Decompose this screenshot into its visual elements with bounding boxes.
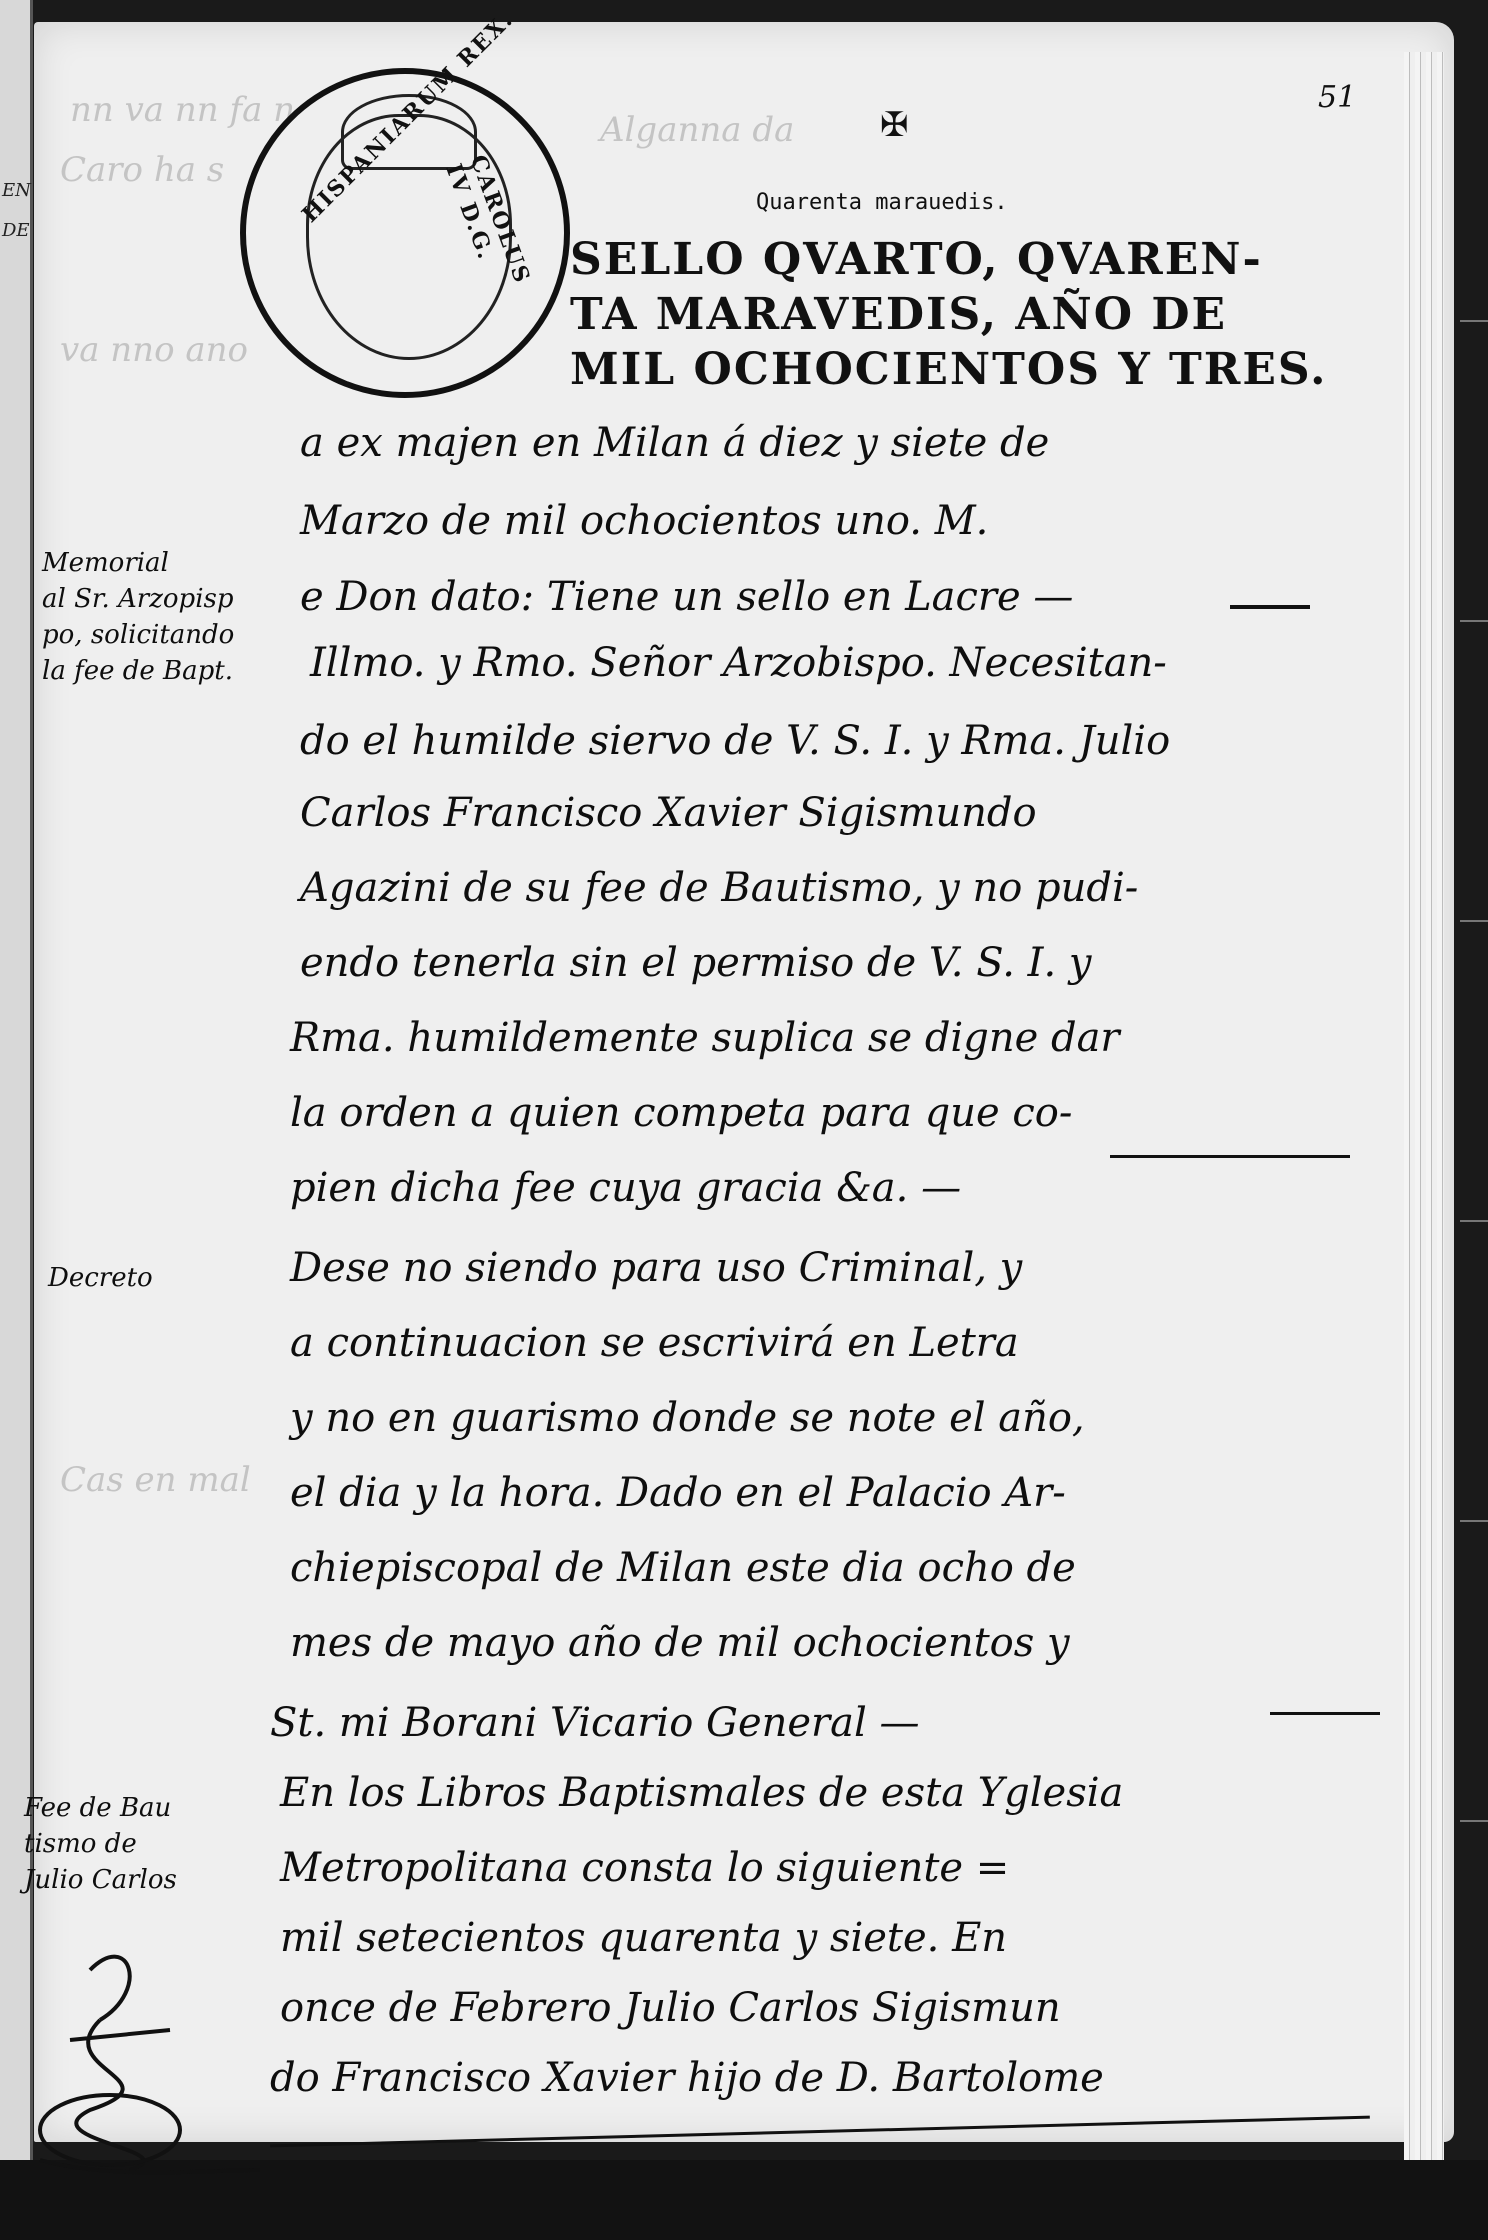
body-line: pien dicha fee cuya gracia &a. — bbox=[290, 1165, 961, 1211]
margin-line: po, solicitando bbox=[42, 617, 234, 653]
margin-note-memorial: Memorial al Sr. Arzopisp po, solicitando… bbox=[42, 545, 234, 689]
margin-line: al Sr. Arzopisp bbox=[42, 581, 234, 617]
bleed-through-text: Cas en mal bbox=[60, 1460, 251, 1500]
body-line: e Don dato: Tiene un sello en Lacre — bbox=[300, 574, 1073, 620]
stamp-line: SELLO QVARTO, QVAREN- bbox=[570, 232, 1327, 287]
page-stack-edges bbox=[1404, 52, 1444, 2162]
body-line: St. mi Borani Vicario General — bbox=[270, 1700, 920, 1746]
bleed-through-text: va nno ano bbox=[60, 330, 248, 370]
body-line: Agazini de su fee de Bautismo, y no pudi… bbox=[300, 865, 1138, 911]
body-line: a continuacion se escrivirá en Letra bbox=[290, 1320, 1019, 1366]
margin-line: Decreto bbox=[48, 1260, 153, 1296]
body-line: do el humilde siervo de V. S. I. y Rma. … bbox=[300, 718, 1170, 764]
body-line: endo tenerla sin el permiso de V. S. I. … bbox=[300, 940, 1091, 986]
adjacent-page-fragment: EN bbox=[2, 180, 31, 201]
adjacent-page-fragment: DE bbox=[2, 220, 30, 241]
line-end-flourish bbox=[1270, 1712, 1380, 1715]
bleed-through-text: Caro ha s bbox=[60, 150, 224, 190]
bleed-through-text: Alganna da bbox=[600, 110, 794, 150]
grid-line bbox=[1460, 1520, 1488, 1522]
bleed-through-text: nn va nn fa n bbox=[70, 90, 295, 130]
body-line: y no en guarismo donde se note el año, bbox=[290, 1395, 1085, 1441]
body-line: En los Libros Baptismales de esta Yglesi… bbox=[280, 1770, 1123, 1816]
line-end-flourish bbox=[1110, 1155, 1350, 1158]
grid-line bbox=[1460, 320, 1488, 322]
body-line: once de Febrero Julio Carlos Sigismun bbox=[280, 1985, 1061, 2031]
body-line: mil setecientos quarenta y siete. En bbox=[280, 1915, 1007, 1961]
signature-rubric-icon bbox=[30, 1930, 260, 2190]
body-line: do Francisco Xavier hijo de D. Bartolome bbox=[270, 2055, 1104, 2101]
body-line: Metropolitana consta lo siguiente = bbox=[280, 1845, 1009, 1891]
grid-line bbox=[1460, 1820, 1488, 1822]
margin-line: Fee de Bau bbox=[24, 1790, 177, 1826]
grid-line bbox=[1460, 920, 1488, 922]
margin-line: Memorial bbox=[42, 545, 234, 581]
body-line: mes de mayo año de mil ochocientos y bbox=[290, 1620, 1070, 1666]
page-number: 51 bbox=[1318, 80, 1356, 115]
grid-line bbox=[1460, 1220, 1488, 1222]
stamp-line: MIL OCHOCIENTOS Y TRES. bbox=[570, 342, 1327, 397]
adjacent-page-edge: EN DE bbox=[0, 0, 33, 2240]
stamp-text: SELLO QVARTO, QVAREN- TA MARAVEDIS, AÑO … bbox=[570, 232, 1327, 397]
margin-note-decreto: Decreto bbox=[48, 1260, 153, 1296]
body-line: Carlos Francisco Xavier Sigismundo bbox=[300, 790, 1037, 836]
grid-line bbox=[1460, 620, 1488, 622]
body-line: Dese no siendo para uso Criminal, y bbox=[290, 1245, 1022, 1291]
body-line: el dia y la hora. Dado en el Palacio Ar- bbox=[290, 1470, 1066, 1516]
margin-note-fee-bautismo: Fee de Bau tismo de Julio Carlos bbox=[24, 1790, 177, 1898]
margin-line: la fee de Bapt. bbox=[42, 653, 234, 689]
body-line: chiepiscopal de Milan este dia ocho de bbox=[290, 1545, 1076, 1591]
body-line: a ex majen en Milan á diez y siete de bbox=[300, 420, 1049, 466]
body-line: Marzo de mil ochocientos uno. M. bbox=[300, 498, 988, 544]
body-line: Illmo. y Rmo. Señor Arzobispo. Necesitan… bbox=[310, 640, 1167, 686]
royal-seal: HISPANIARUM REX. CAROLUS IV D.G. bbox=[240, 68, 570, 398]
stamp-line: TA MARAVEDIS, AÑO DE bbox=[570, 287, 1327, 342]
line-end-flourish bbox=[1230, 605, 1310, 609]
margin-line: Julio Carlos bbox=[24, 1862, 177, 1898]
stamp-value-line: Quarenta marauedis. bbox=[756, 190, 1008, 215]
margin-line: tismo de bbox=[24, 1826, 177, 1862]
cross-icon: ✠ bbox=[880, 105, 909, 145]
body-line: Rma. humildemente suplica se digne dar bbox=[290, 1015, 1120, 1061]
body-line: la orden a quien competa para que co- bbox=[290, 1090, 1072, 1136]
